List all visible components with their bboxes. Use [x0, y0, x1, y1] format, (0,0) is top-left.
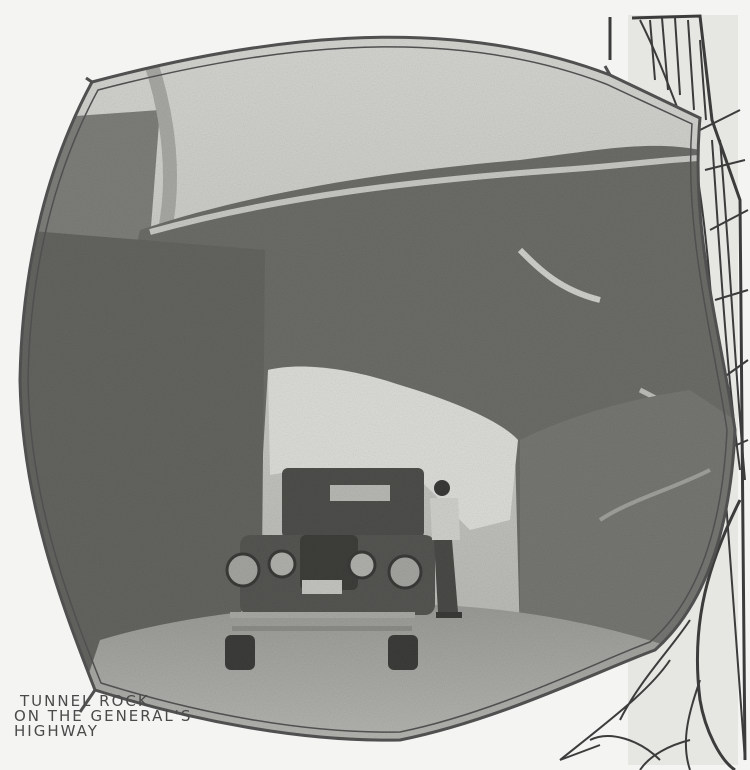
- newspaper-photo-clipping: Tunnel Rock on the General's Highway: [0, 0, 750, 770]
- halftone-photo: [0, 0, 750, 770]
- photo-illustration: [0, 0, 750, 770]
- photo-caption: Tunnel Rock on the General's Highway: [14, 694, 192, 739]
- caption-line-3: Highway: [14, 724, 192, 739]
